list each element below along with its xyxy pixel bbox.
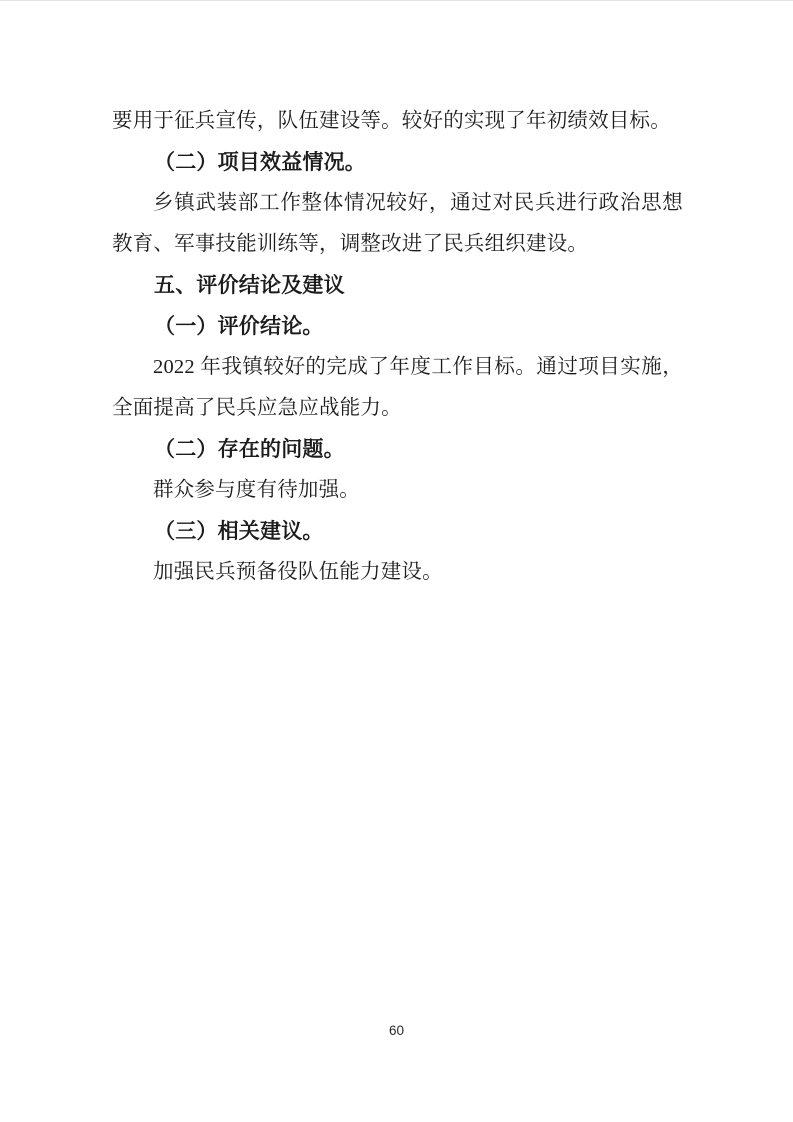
subsection-heading: （二）存在的问题。 (112, 429, 683, 470)
subsection-heading: （二）项目效益情况。 (112, 142, 683, 183)
paragraph: 群众参与度有待加强。 (112, 470, 683, 511)
subsection-heading: （一）评价结论。 (112, 306, 683, 347)
page-number: 60 (0, 1023, 793, 1039)
paragraph: 乡镇武装部工作整体情况较好，通过对民兵进行政治思想教育、军事技能训练等，调整改进… (112, 183, 683, 265)
subsection-heading: （三）相关建议。 (112, 511, 683, 552)
paragraph: 要用于征兵宣传，队伍建设等。较好的实现了年初绩效目标。 (112, 101, 683, 142)
document-page: 要用于征兵宣传，队伍建设等。较好的实现了年初绩效目标。 （二）项目效益情况。 乡… (0, 0, 793, 1122)
paragraph: 2022 年我镇较好的完成了年度工作目标。通过项目实施，全面提高了民兵应急应战能… (112, 347, 683, 429)
section-heading: 五、评价结论及建议 (112, 265, 683, 306)
paragraph: 加强民兵预备役队伍能力建设。 (112, 552, 683, 593)
